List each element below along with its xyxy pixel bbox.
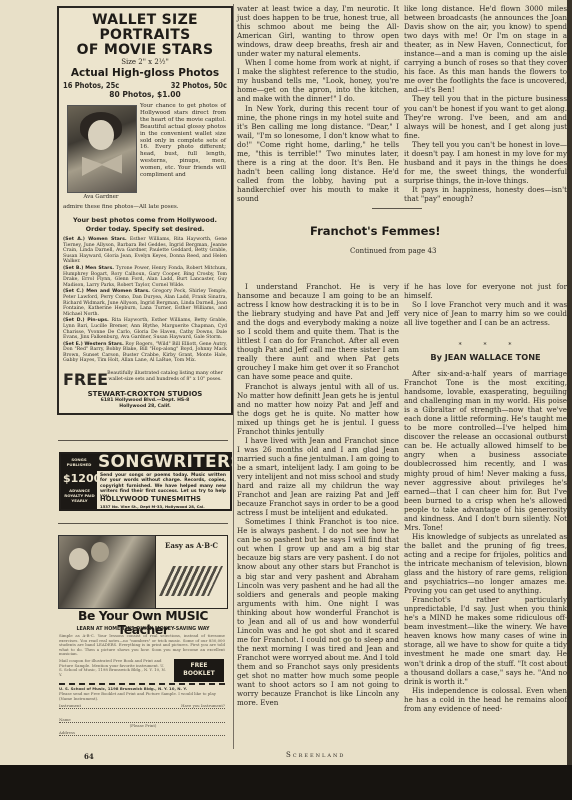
tunesmiths-name: HOLLYWOOD TUNESMITHS [100, 495, 201, 503]
royalty-amount: $1200⁰⁰ [63, 472, 96, 485]
wallet-ad-blurb-cont: admire these fine photos—All late poses. [63, 204, 227, 211]
studio-address-2: Hollywood 28, Calif. [59, 404, 231, 410]
article-title: Franchot's Femmes! [310, 224, 441, 238]
free-label: FREE [63, 370, 108, 389]
field-label: Instrument [59, 703, 81, 708]
set-label: (Set E.) Western Stars. [63, 342, 124, 347]
magazine-footer: Screenland [286, 751, 345, 759]
piano-keys-icon [159, 566, 223, 596]
section-rule [372, 208, 422, 209]
address-field[interactable]: Address [59, 730, 225, 736]
set-label: (Set C.) Men and Women Stars. [63, 289, 150, 294]
free-catalog-text: Beautifully illustrated catalog listing … [105, 371, 225, 382]
cta-line: Your best photos come from Hollywood. [59, 216, 231, 225]
photo-bow [82, 152, 122, 176]
paragraph: Sometimes I think Franchot is too nice. … [237, 517, 399, 707]
set-label: (Set A.) Women Stars. [63, 237, 127, 242]
photo-face [88, 120, 114, 150]
wallet-portraits-ad: WALLET SIZE PORTRAITS OF MOVIE STARS Siz… [57, 6, 233, 415]
headline-line: WALLET SIZE [59, 13, 231, 28]
headline-line: OF MOVIE STARS [59, 43, 231, 58]
headline-line: PORTRAITS [59, 28, 231, 43]
photo-girl [69, 548, 89, 570]
field-label: Have you Instrument? [181, 703, 225, 708]
wallet-ad-blurb: Your chance to get photos of Hollywood s… [140, 103, 226, 179]
advance-royalty-text: ADVANCE ROYALTY PAID YEARLY [62, 488, 97, 504]
wallet-ad-subhead: Actual High-gloss Photos [59, 67, 231, 79]
coupon: U. S. School of Music, 1198 Brunswick Bl… [59, 687, 225, 701]
article-top-col2: water at least twice a day, I'm neurotic… [237, 4, 399, 203]
paragraph: After six-and-a-half years of marriage F… [404, 369, 567, 532]
studio-info: STEWART-CROXTON STUDIOS 6181 Hollywood B… [59, 390, 231, 409]
article-top-col3: like long distance. He'd flown 3000 mile… [404, 4, 567, 203]
paragraph: if he has love for everyone not just for… [404, 282, 567, 300]
column-rule [233, 4, 234, 749]
page-number: 64 [84, 752, 94, 761]
divider [58, 440, 228, 441]
paragraph: It pays in happiness, honesty does—isn't… [404, 185, 567, 203]
wallet-ad-prices: 16 Photos, 25c 32 Photos, 50c [59, 81, 231, 90]
price-16: 16 Photos, 25c [63, 81, 119, 90]
photo-man [91, 542, 109, 562]
easy-abc-title: Easy as A·B·C [156, 541, 227, 550]
wallet-ad-call-to-action: Your best photos come from Hollywood. Or… [59, 216, 231, 234]
paragraph: They tell you you can't be honest in lov… [404, 140, 567, 185]
music-body: Simple as A-B-C. Your lessons consist of… [59, 634, 225, 657]
set-item: (Set C.) Men and Women Stars. Gregory Pe… [63, 289, 227, 317]
wallet-ad-size: Size 2" x 2½" [59, 58, 231, 66]
please-print-note: (Please Print) [58, 723, 228, 728]
divider [58, 523, 228, 524]
set-label: (Set D.) Pin-ups. [63, 318, 109, 323]
piano-lesson-photo [58, 535, 156, 609]
cta-line: Order today. Specify set desired. [59, 225, 231, 234]
separator-stars: * * * [420, 342, 560, 349]
paragraph: When I come home from work at night, if … [237, 58, 399, 103]
music-mail-text: Mail coupon for illustrated Free Book an… [59, 659, 169, 677]
music-teacher-ad: Easy as A·B·C Be Your Own MUSIC Teacher … [58, 535, 228, 765]
paragraph: Franchot is always jentul with all of us… [237, 382, 399, 436]
wallet-ad-headline: WALLET SIZE PORTRAITS OF MOVIE STARS [59, 13, 231, 58]
tunesmiths-address: 1537 No. Vine St., Dept M-33, Hollywood … [100, 504, 205, 509]
price-80: 80 Photos, $1.00 [59, 90, 231, 99]
price-32: 32 Photos, 50c [171, 81, 227, 90]
coupon-cut-line [59, 683, 225, 685]
magazine-page: WALLET SIZE PORTRAITS OF MOVIE STARS Siz… [0, 0, 572, 800]
page-gutter-edge [567, 0, 572, 765]
ava-gardner-photo [67, 105, 137, 193]
paragraph: In New York, during this recent tour of … [237, 104, 399, 204]
paragraph: I understand Franchot. He is very hansom… [237, 282, 399, 382]
songs-published-tag: SONGS PUBLISHED [63, 457, 95, 467]
field-label: Name [59, 717, 71, 722]
paragraph: So I love Franchot very much and it was … [404, 300, 567, 327]
music-subhead: LEARN AT HOME THIS QUICK MONEY-SAVING WA… [58, 627, 228, 632]
paragraph: I have lived with Jean and Franchot sinc… [237, 436, 399, 517]
set-label: (Set B.) Men Stars. [63, 266, 114, 271]
set-item: (Set B.) Men Stars. Tyrone Power, Henry … [63, 266, 227, 288]
set-item: (Set E.) Western Stars. Roy Rogers, "Wil… [63, 342, 227, 364]
easy-abc-panel: Easy as A·B·C [155, 535, 228, 609]
article-main-col2: I understand Franchot. He is very hansom… [237, 282, 399, 707]
scan-bottom-border [0, 765, 572, 800]
songwriters-ad: SONGS PUBLISHED SONGWRITERS $1200⁰⁰ ADVA… [59, 452, 232, 511]
paragraph: His independence is colossal. Even when … [404, 686, 567, 713]
set-item: (Set A.) Women Stars. Esther Williams, R… [63, 237, 227, 265]
free-booklet-button[interactable]: FREE BOOKLET [174, 659, 224, 682]
coupon-text: Please send me Free Booklet and Print an… [59, 692, 225, 702]
byline: By JEAN WALLACE TONE [404, 352, 567, 362]
paragraph: His knowledge of subjects as unrelated a… [404, 532, 567, 595]
songwriters-headline: SONGWRITERS [98, 454, 243, 471]
studio-name: STEWART-CROXTON STUDIOS [59, 390, 231, 398]
paragraph: water at least twice a day, I'm neurotic… [237, 4, 399, 58]
set-item: (Set D.) Pin-ups. Rita Hayworth, Esther … [63, 318, 227, 340]
wallet-ad-sets: (Set A.) Women Stars. Esther Williams, R… [63, 237, 227, 365]
continued-from: Continued from page 43 [350, 247, 436, 255]
photo-caption: Ava Gardner [67, 194, 135, 200]
field-label: Address [59, 730, 75, 735]
article-main-col3: if he has love for everyone not just for… [404, 282, 567, 327]
paragraph: They tell you that in the picture busine… [404, 94, 567, 139]
article-main-col3-second: After six-and-a-half years of marriage F… [404, 369, 567, 713]
paragraph: Franchot's rather particularly unpredict… [404, 595, 567, 685]
paragraph: like long distance. He'd flown 3000 mile… [404, 4, 567, 94]
instrument-field[interactable]: InstrumentHave you Instrument? [59, 703, 225, 709]
